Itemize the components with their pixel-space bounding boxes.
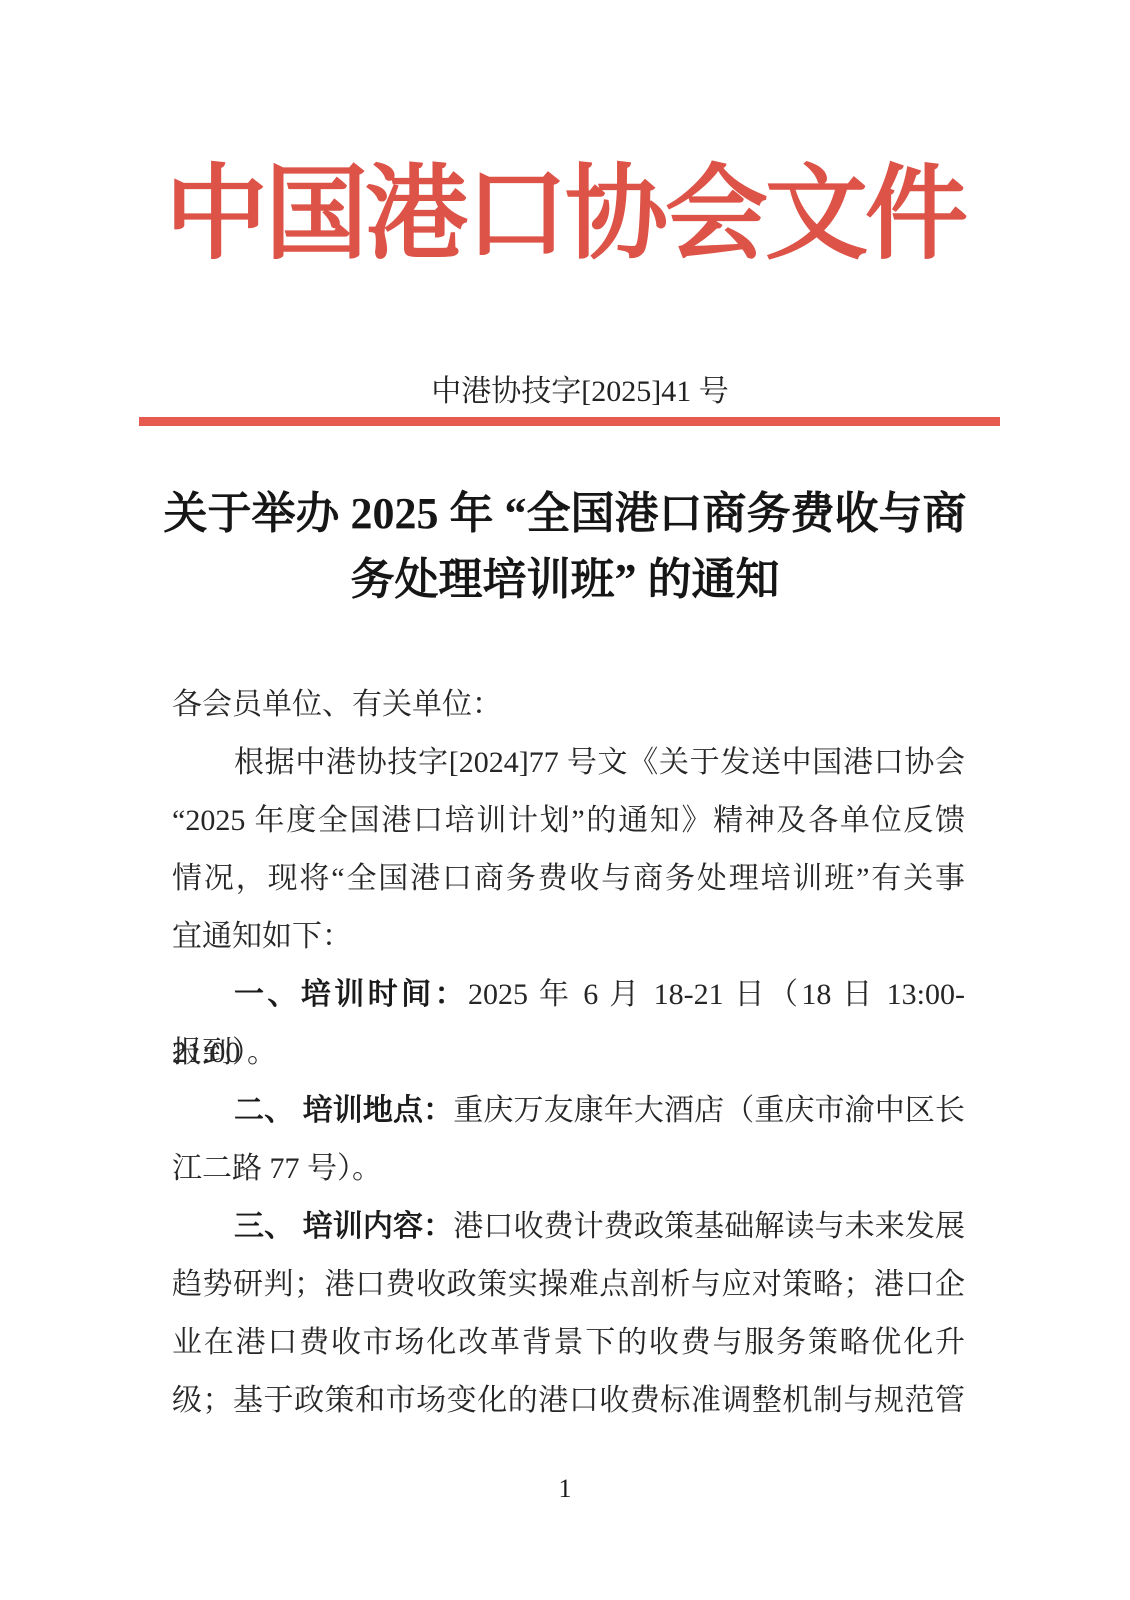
doc-title-line1: 关于举办 2025 年 “全国港口商务费收与商: [164, 489, 967, 538]
section-line-training-venue: 二、 培训地点：重庆万友康年大酒店（重庆市渝中区长: [172, 1082, 965, 1140]
doc-title-line2: 务处理培训班” 的通知: [351, 555, 780, 604]
body-line: 趋势研判；港口费收政策实操难点剖析与应对策略；港口企: [172, 1256, 965, 1314]
section-text: 港口收费计费政策基础解读与未来发展: [453, 1210, 965, 1243]
body-line: “2025 年度全国港口培训计划”的通知》精神及各单位反馈: [172, 792, 965, 850]
section-text: 重庆万友康年大酒店（重庆市渝中区长: [453, 1094, 965, 1127]
body-line: 业在港口费收市场化改革背景下的收费与服务策略优化升: [172, 1314, 965, 1372]
red-divider-line: [139, 417, 1000, 426]
body-line: 根据中港协技字[2024]77 号文《关于发送中国港口协会: [172, 734, 965, 792]
salutation-line: 各会员单位、有关单位：: [172, 676, 965, 734]
doc-number: 中港协技字[2025]41 号: [15, 366, 1130, 410]
body-line: 级；基于政策和市场变化的港口收费标准调整机制与规范管: [172, 1372, 965, 1430]
document-page: 中国港口协会文件 中港协技字[2025]41 号 关于举办 2025 年 “全国…: [0, 0, 1130, 1600]
doc-title: 关于举办 2025 年 “全国港口商务费收与商 务处理培训班” 的通知: [80, 481, 1050, 613]
org-header-title: 中国港口协会文件: [0, 150, 1130, 280]
body-line: 江二路 77 号）。: [172, 1140, 965, 1198]
section-line-training-time: 一、培训时间：2025 年 6 月 18-21 日（18 日 13:00-21:…: [172, 966, 965, 1024]
body-line: 宜通知如下：: [172, 908, 965, 966]
section-label-training-venue: 二、 培训地点：: [234, 1094, 453, 1127]
section-label-training-time: 一、培训时间：: [234, 978, 468, 1011]
body-line: 报到）。: [172, 1024, 965, 1082]
body-line: 情况，现将“全国港口商务费收与商务处理培训班”有关事: [172, 850, 965, 908]
page-number: 1: [0, 1474, 1130, 1504]
section-line-training-content: 三、 培训内容：港口收费计费政策基础解读与未来发展: [172, 1198, 965, 1256]
section-label-training-content: 三、 培训内容：: [234, 1210, 453, 1243]
document-body: 各会员单位、有关单位： 根据中港协技字[2024]77 号文《关于发送中国港口协…: [172, 676, 965, 1430]
